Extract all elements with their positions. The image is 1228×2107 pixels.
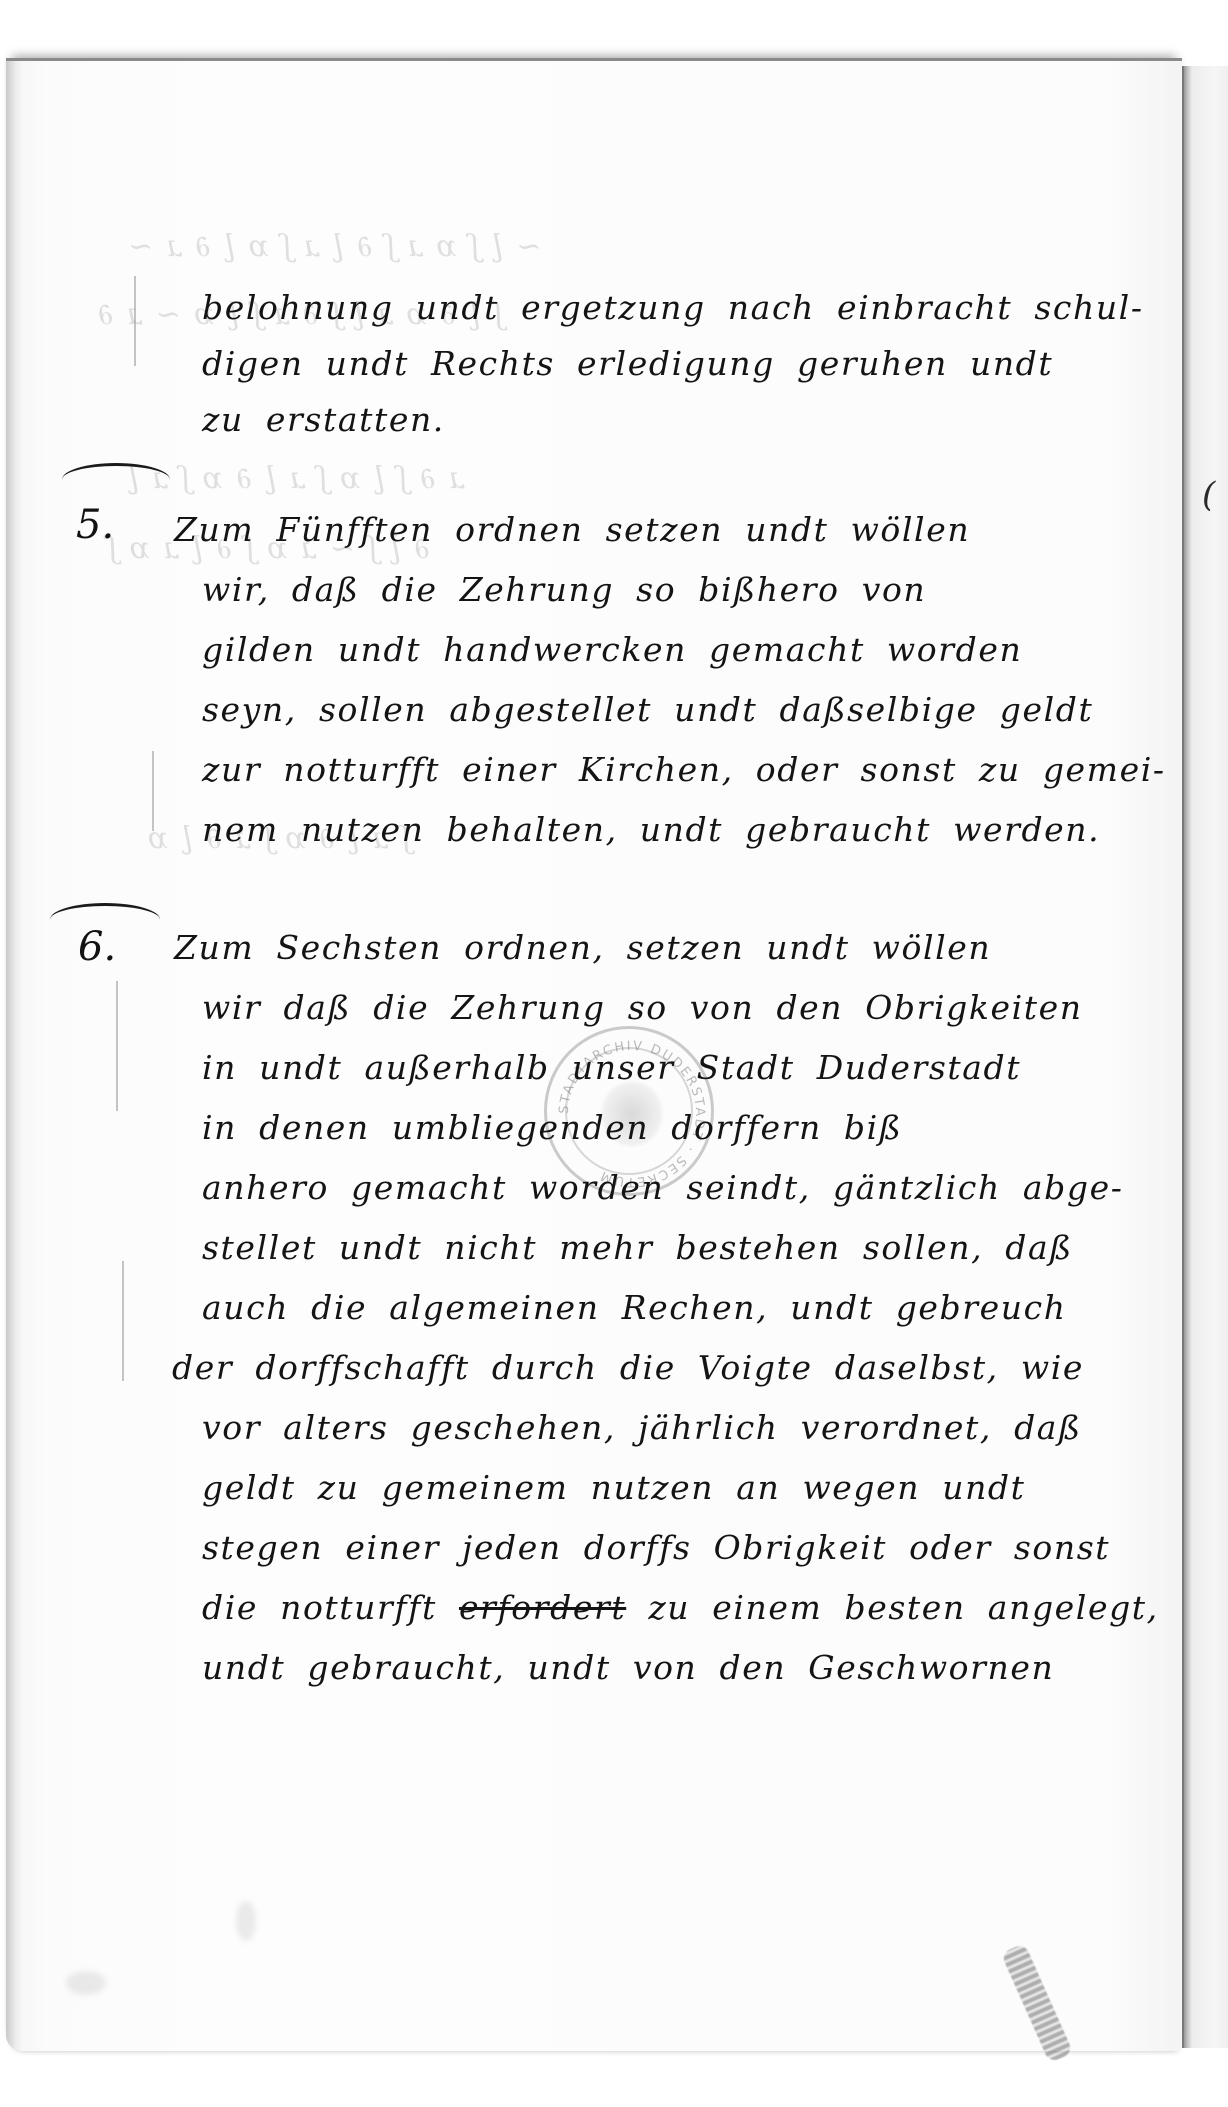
manuscript-line: Zum Fünfften ordnen setzen undt wöllen [174,513,970,546]
bleed-through-text: ~ ɭ ʃ ɒ ɹ ʃ ∂ ɭ ɹ ʃ ɒ ɭ ∂ ɹ ~ [126,229,542,264]
manuscript-line: Zum Sechsten ordnen, setzen undt wöllen [174,931,991,964]
manuscript-line: undt gebraucht, undt von den Geschwornen [202,1651,1054,1684]
manuscript-line: zur notturfft einer Kirchen, oder sonst … [202,753,1166,786]
margin-mark [122,1261,124,1381]
manuscript-line: stegen einer jeden dorffs Obrigkeit oder… [202,1531,1110,1564]
paragraph-number-5: 5. [76,505,114,545]
manuscript-line: auch die algemeinen Rechen, undt gebreuc… [202,1291,1067,1324]
manuscript-line: belohnung undt ergetzung nach einbracht … [202,291,1144,324]
bleed-through-text: ɹ ∂ ʃ ɭ ɒ ʃ ɹ ɭ ∂ ɒ ʃ ɹ ɭ [126,461,464,496]
margin-mark [116,981,118,1111]
manuscript-line: vor alters geschehen, jährlich verordnet… [202,1411,1082,1444]
manuscript-line: seyn, sollen abgestellet undt daßselbige… [202,693,1093,726]
manuscript-line: zu erstatten. [202,403,445,436]
manuscript-line: die notturfft erfordert zu einem besten … [202,1591,1159,1624]
scanned-page: ( ~ ɭ ʃ ɒ ɹ ʃ ∂ ɭ ɹ ʃ ɒ ɭ ∂ ɹ ~ ʃ ɭ ∂ ɒ … [0,0,1228,2107]
manuscript-line: digen undt Rechts erledigung geruhen und… [202,347,1053,380]
manuscript-line: wir, daß die Zehrung so bißhero von [202,573,926,606]
manuscript-line: in denen umbliegenden dorffern biß [202,1111,902,1144]
adjacent-page-glyph: ( [1202,478,1215,512]
manuscript-line: geldt zu gemeinem nutzen an wegen undt [202,1471,1026,1504]
margin-mark [152,751,154,831]
paragraph-flourish [62,463,170,496]
manuscript-line: stellet undt nicht mehr bestehen sollen,… [202,1231,1073,1264]
paper-stain [236,1901,256,1941]
line-segment: die notturfft [202,1588,437,1627]
ink-smudge [1001,1943,1074,2063]
paragraph-number-6: 6. [78,927,116,967]
manuscript-line: gilden undt handwercken gemacht worden [202,633,1022,666]
manuscript-line: der dorffschafft durch die Voigte daselb… [172,1351,1084,1384]
manuscript-leaf: ~ ɭ ʃ ɒ ɹ ʃ ∂ ɭ ɹ ʃ ɒ ɭ ∂ ɹ ~ ʃ ɭ ∂ ɒ ɹ … [6,58,1182,2051]
manuscript-line: nem nutzen behalten, undt gebraucht werd… [202,813,1100,846]
paper-stain [66,1971,106,1995]
adjacent-page-edge: ( [1182,66,1228,2048]
line-segment: zu einem besten angelegt, [648,1588,1158,1627]
struck-through-word: erfordert [459,1588,626,1627]
manuscript-line: anhero gemacht worden seindt, gäntzlich … [202,1171,1124,1204]
manuscript-line: wir daß die Zehrung so von den Obrigkeit… [202,991,1083,1024]
manuscript-line: in undt außerhalb unser Stadt Duderstadt [202,1051,1021,1084]
margin-mark [134,276,136,366]
